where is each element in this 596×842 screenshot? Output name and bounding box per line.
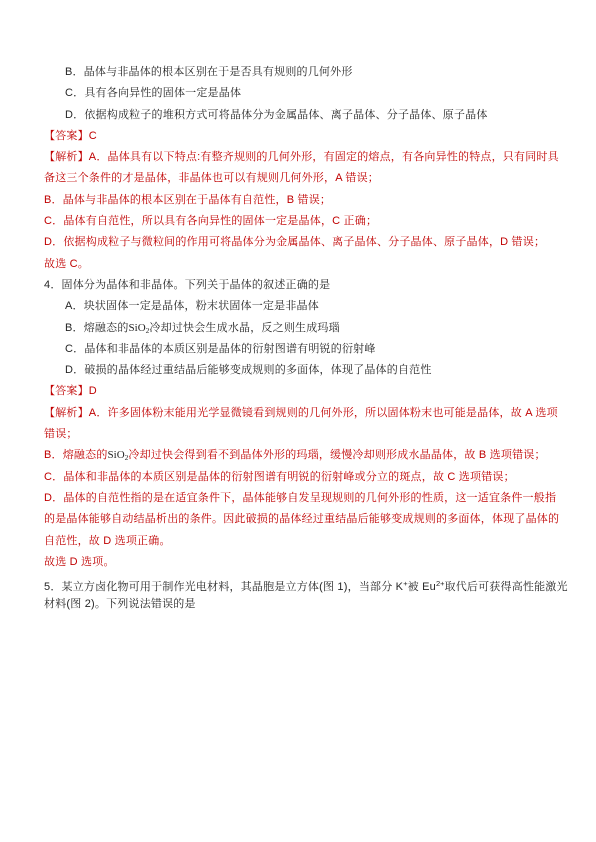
- q3-analysis-a-line2: 备这三个条件的才是晶体，非晶体也可以有规则几何外形，A 错误；: [44, 168, 562, 189]
- q3-answer: 【答案】C: [44, 126, 562, 147]
- q3-option-b: B．晶体与非晶体的根本区别在于是否具有规则的几何外形: [44, 62, 562, 83]
- sio2-formula: SiO2: [108, 449, 129, 461]
- q3-conclusion: 故选 C。: [44, 254, 562, 275]
- q4-conclusion: 故选 D 选项。: [44, 552, 562, 573]
- document-content: B．晶体与非晶体的根本区别在于是否具有规则的几何外形 C．具有各向异性的固体一定…: [44, 62, 562, 616]
- q4-analysis-c: C．晶体和非晶体的本质区别是晶体的衍射图谱有明锐的衍射峰或分立的斑点，故 C 选…: [44, 467, 562, 488]
- q4-analysis-b-text-after: 冷却过快会得到看不到晶体外形的玛瑙，缓慢冷却则形成水晶晶体，故 B 选项错误；: [128, 449, 545, 461]
- q5-stem-line2: 材料(图 2)。下列说法错误的是: [44, 594, 562, 615]
- potassium-ion-formula: K+: [396, 581, 408, 593]
- q4-stem: 4．固体分为晶体和非晶体。下列关于晶体的叙述正确的是: [44, 275, 562, 296]
- q5-stem-line1: 5．某立方卤化物可用于制作光电材料，其晶胞是立方体(图 1)，当部分 K+被 E…: [44, 573, 562, 594]
- q4-analysis-a-line1: 【解析】A．许多固体粉末能用光学显微镜看到规则的几何外形，所以固体粉末也可能是晶…: [44, 403, 562, 424]
- document-page: B．晶体与非晶体的根本区别在于是否具有规则的几何外形 C．具有各向异性的固体一定…: [0, 0, 596, 842]
- sio2-formula: SiO2: [129, 322, 150, 334]
- q4-option-b: B．熔融态的SiO2冷却过快会生成水晶，反之则生成玛瑙: [44, 318, 562, 339]
- q3-option-d: D．依据构成粒子的堆积方式可将晶体分为金属晶体、离子晶体、分子晶体、原子晶体: [44, 105, 562, 126]
- q3-analysis-c: C．晶体有自范性，所以具有各向异性的固体一定是晶体，C 正确；: [44, 211, 562, 232]
- q4-option-d: D．破损的晶体经过重结晶后能够变成规则的多面体，体现了晶体的自范性: [44, 360, 562, 381]
- q4-option-c: C．晶体和非晶体的本质区别是晶体的衍射图谱有明锐的衍射峰: [44, 339, 562, 360]
- q3-option-c: C．具有各向异性的固体一定是晶体: [44, 83, 562, 104]
- q4-analysis-b-text: B．熔融态的: [44, 449, 108, 461]
- q4-analysis-d-line1: D．晶体的自范性指的是在适宜条件下，晶体能够自发呈现规则的几何外形的性质，这一适…: [44, 488, 562, 509]
- q4-answer: 【答案】D: [44, 381, 562, 402]
- europium-ion-formula: Eu2+: [422, 581, 444, 593]
- q4-option-a: A．块状固体一定是晶体，粉末状固体一定是非晶体: [44, 296, 562, 317]
- q4-analysis-b: B．熔融态的SiO2冷却过快会得到看不到晶体外形的玛瑙，缓慢冷却则形成水晶晶体，…: [44, 445, 562, 466]
- q3-analysis-a-line1: 【解析】A．晶体具有以下特点:有整齐规则的几何外形，有固定的熔点，有各向异性的特…: [44, 147, 562, 168]
- q3-analysis-d: D．依据构成粒子与微粒间的作用可将晶体分为金属晶体、离子晶体、分子晶体、原子晶体…: [44, 232, 562, 253]
- q5-stem-text-mid: 被: [408, 581, 422, 593]
- q4-analysis-a-line2: 错误；: [44, 424, 562, 445]
- q3-analysis-b: B．晶体与非晶体的根本区别在于晶体有自范性，B 错误；: [44, 190, 562, 211]
- q4-analysis-d-line3: 自范性，故 D 选项正确。: [44, 531, 562, 552]
- q4-option-b-text: B．熔融态的: [65, 322, 129, 334]
- q4-option-b-text-after: 冷却过快会生成水晶，反之则生成玛瑙: [149, 322, 339, 334]
- q5-stem-text: 5．某立方卤化物可用于制作光电材料，其晶胞是立方体(图 1)，当部分: [44, 581, 396, 593]
- q5-stem-text-after: 取代后可获得高性能激光: [445, 581, 568, 593]
- q4-analysis-d-line2: 的是晶体能够自动结晶析出的条件。因此破损的晶体经过重结晶后能够变成规则的多面体，…: [44, 509, 562, 530]
